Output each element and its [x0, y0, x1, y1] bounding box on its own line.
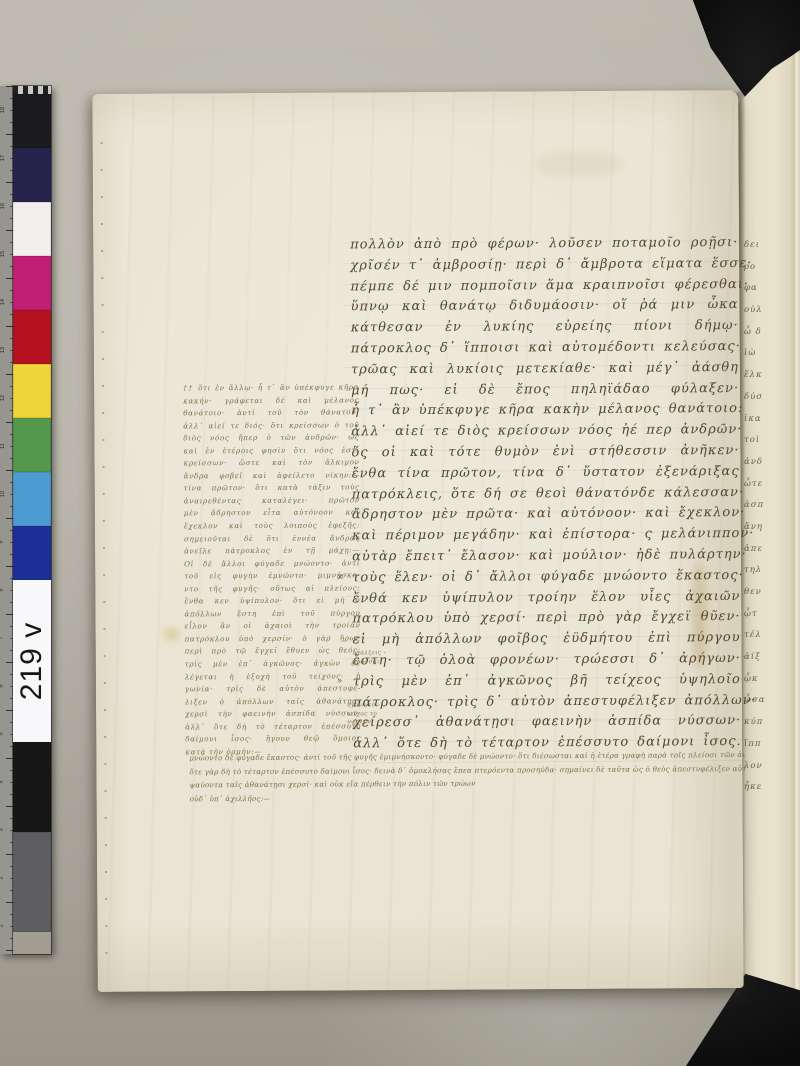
ruler-number: 6 [0, 662, 13, 710]
main-text-line-text: ὅς οἱ καὶ τότε θυμὸν ἐνὶ στήθεσσιν ἀνῆκε… [351, 443, 739, 460]
scholia-line: λέγεται ἡ ἐξοχὴ τοῦ τείχους· ἡ [185, 671, 361, 685]
scholia-line: ἀναιρεθέντας καταλέγει· πρῶτον [184, 495, 360, 509]
main-text-line-text: ἀλλ᾽ ὅτε δὴ τὸ τέταρτον ἐπέσσυτο δαίμονι… [353, 734, 741, 751]
ruler-number: 13 [0, 326, 13, 374]
marginal-note: ἤγουν τὸ ›τεῖχος τὸὑψηλόν· [347, 702, 393, 728]
main-text-line-text: χείρεσσ᾽ ἀθανάτῃσι φαεινὴν ἀσπίδα νύσσων… [353, 713, 741, 730]
parchment-stain [533, 151, 623, 178]
fore-edge-text-fragment: τέλ [744, 630, 794, 652]
ruler-number: 1 [0, 902, 13, 950]
ruler-number: 14 [0, 278, 13, 326]
ruler-number: 7 [0, 614, 13, 662]
color-patch [13, 256, 51, 310]
fore-edge-text-fragment: κύπ [744, 717, 794, 739]
main-text-block: πολλὸν ἀπὸ πρὸ φέρων· λοῦσεν ποταμοῖο ρο… [350, 235, 741, 757]
ruler-number: 5 [0, 710, 13, 758]
color-calibration-bar: 181716151413121110987654321 219 v [0, 86, 51, 954]
main-text-line-text: τρὶς μὲν ἐπ᾽ ἀγκῶνος βῆ τείχεος ὑψηλοῖο [353, 672, 741, 689]
main-text-line: εἰ μὴ ἀπόλλων φοῖβος ἐϋδμήτου ἐπὶ πύργου [353, 630, 741, 653]
marginal-note-line: ὑψηλόν· [347, 719, 393, 728]
scholia-line: †† ὅτι ἐν ἄλλῳ· ἦ τ᾽ ἂν ὑπέκφυγε κῆρα [183, 382, 359, 396]
ruler-number: 2 [0, 854, 13, 902]
grayscale-patches [13, 742, 51, 932]
scholia-line: ἀνεῖλε πάτροκλος ἐν τῇ μάχῃ:— [184, 545, 360, 559]
bottom-scholia-block: μνώοντο δὲ φύγαδε ἕκαστος· ἀντὶ τοῦ τῆς … [189, 750, 745, 807]
ruler-number: 12 [0, 374, 13, 422]
main-text-line: πατρόκλεις, ὅτε δή σε θεοὶ θάνατόνδε κάλ… [352, 485, 740, 508]
folio-number: 219 v [15, 622, 49, 700]
main-text-line: πολλὸν ἀπὸ πρὸ φέρων· λοῦσεν ποταμοῖο ρο… [350, 235, 738, 258]
scholia-line: μὲν ἄδρηστον εἶτα αὐτόνοον καὶ [184, 508, 360, 522]
marginal-note-line: τεῖχος τὸ [347, 711, 393, 720]
fore-edge-text-fragment: λον [744, 761, 794, 783]
fore-edge-text-fragment: τηλ [744, 565, 794, 587]
scholia-line: εἷλον ἂν οἱ ἀχαιοὶ τὴν τροίαν [184, 621, 360, 635]
fore-edge-text-fragment: ἕλκ [744, 370, 794, 392]
main-text-line: ἄδρηστον μὲν πρῶτα· καὶ αὐτόνοον· καὶ ἔχ… [352, 505, 740, 528]
scholia-line: τίνα πρῶτον· ὅτι κατὰ τάξιν τοὺς [184, 483, 360, 497]
fore-edge-text-fragment: ἰὼ [744, 348, 794, 370]
main-text-line-text: ὕπνῳ καὶ θανάτῳ διδυμάοσιν· οἵ ῥά μιν ὦκ… [351, 297, 739, 314]
main-text-line: πάτροκλος δ᾽ ἵπποισι καὶ αὐτομέδοντι κελ… [351, 339, 739, 362]
ruler-number: 8 [0, 566, 13, 614]
fore-edge-text-fragment: ἧκε [744, 782, 794, 804]
scholia-line: ἀπόλλων ἔστη ἐπὶ τοῦ πύργου [184, 608, 360, 622]
fore-edge-text-fragment: φα [744, 283, 794, 305]
main-text-line: ὕπνῳ καὶ θανάτῳ διδυμάοσιν· οἵ ῥά μιν ὦκ… [351, 297, 739, 320]
scholia-line: κακήν· γράφεται δὲ καὶ μέλανος [183, 395, 359, 409]
scholia-line: δαίμονι ἶσος· ἤγουν θεῷ ὅμοιος [185, 734, 361, 748]
main-text-line-text: πέμπε δέ μιν πομποῖσιν ἅμα κραιπνοῖσι φέ… [350, 277, 749, 294]
ruler-number: 15 [0, 230, 13, 278]
color-patch [13, 202, 51, 256]
scholia-line: σημειοῦται δὲ ὅτι ἐννέα ἄνδρας [184, 533, 360, 547]
fore-edge-text-fragment: ἵππ [744, 739, 794, 761]
main-text-line-text: καὶ πέριμον μεγάδην· καὶ ἐπίστορα· ς μελ… [352, 526, 754, 543]
checker-strip [13, 86, 51, 94]
color-patches [13, 94, 51, 580]
main-text-line: χείρεσσ᾽ ἀθανάτῃσι φαεινὴν ἀσπίδα νύσσων… [353, 713, 741, 736]
ruler-number: 9 [0, 518, 13, 566]
scholia-line: ντο τῆς φυγῆς· οὕτως αἱ πλείους: [184, 583, 360, 597]
main-text-line: μή πως· εἰ δὲ ἔπος πηληϊάδαο φύλαξεν· [351, 381, 739, 404]
main-text-line-text: πάτροκλος δ᾽ ἵπποισι καὶ αὐτομέδοντι κελ… [351, 339, 741, 356]
main-text-line-text: χρῖσέν τ᾽ ἀμβροσίῃ· περὶ δ᾽ ἄμβροτα εἵμα… [350, 256, 752, 273]
main-text-line: πατρόκλου ὑπὸ χερσί· περὶ πρὸ γὰρ ἔγχεϊ … [352, 609, 740, 632]
marginal-note: ἐπάλξεις ›κρόσσαι [353, 650, 399, 667]
main-text-line: ἔνθα τίνα πρῶτον, τίνα δ᾽ ὕστατον ἐξενάρ… [352, 464, 740, 487]
ruler-number: 10 [0, 470, 13, 518]
main-text-line-text: ἄδρηστον μὲν πρῶτα· καὶ αὐτόνοον· καὶ ἔχ… [352, 505, 745, 522]
scholia-line: λιξεν ὁ ἀπόλλων ταῖς ἀθανάτῃσι [185, 696, 361, 710]
color-patch-column: 219 v [13, 86, 51, 954]
color-patch [13, 310, 51, 364]
main-text-line-text: μή πως· εἰ δὲ ἔπος πηληϊάδαο φύλαξεν· [351, 381, 739, 398]
scholia-line: γωνία· τρὶς δὲ αὐτὸν ἀπεστυφέ- [185, 683, 361, 697]
grayscale-patch [13, 742, 51, 832]
scholia-line: χερσὶ τὴν φαεινὴν ἀσπίδα νύσσων· [185, 709, 361, 723]
left-scholia-block: †† ὅτι ἐν ἄλλῳ· ἦ τ᾽ ἂν ὑπέκφυγε κῆρακακ… [183, 382, 361, 759]
scholia-line: ἄνδρα φοβεῖ καὶ ἀφείλετο νίκην:— [184, 470, 360, 484]
main-text-line-text: εἰ μὴ ἀπόλλων φοῖβος ἐϋδμήτου ἐπὶ πύργου [353, 630, 741, 647]
marginal-note-line: ἤγουν τὸ › [347, 702, 393, 711]
main-text-line: »τρὶς μὲν ἐπ᾽ ἀγκῶνος βῆ τείχεος ὑψηλοῖο [353, 672, 741, 695]
main-text-line-text: ἀλλ᾽ αἰεί τε διὸς κρείσσων νόος ἠέ περ ἀ… [351, 422, 742, 439]
main-text-line: ἔστη· τῷ ὀλοὰ φρονέων· τρώεσσι δ᾽ ἀρήγων… [353, 651, 741, 674]
manuscript-photo: { "folio_label": { "text": "219 v" }, "c… [0, 0, 800, 1066]
pricking-holes [101, 142, 108, 972]
fore-edge-text-fragment: ἀίξ [744, 652, 794, 674]
marginal-note-line: κρόσσαι [353, 659, 399, 668]
ruler-number: 16 [0, 182, 13, 230]
main-text-line: καὶ πέριμον μεγάδην· καὶ ἐπίστορα· ς μελ… [352, 526, 740, 549]
main-text-line: χρῖσέν τ᾽ ἀμβροσίῃ· περὶ δ᾽ ἄμβροτα εἵμα… [350, 256, 738, 279]
ruler-number: 4 [0, 758, 13, 806]
main-text-line: ×τοὺς ἕλεν· οἱ δ᾽ ἄλλοι φύγαδε μνώοντο ἕ… [352, 568, 740, 591]
fore-edge-text-fragment: ἱκα [744, 414, 794, 436]
main-text-line: κάτθεσαν ἐν λυκίης εὐρείης πίονι δήμῳ· [351, 318, 739, 341]
main-text-line: αὐτὰρ ἔπειτ᾽ ἔλασον· καὶ μούλιον· ἠδὲ πυ… [352, 547, 740, 570]
manuscript-page: πολλὸν ἀπὸ πρὸ φέρων· λοῦσεν ποταμοῖο ρο… [92, 90, 743, 992]
scholia-line: Οἱ δὲ ἄλλοι φύγαδε μνώοντο· ἀντὶ [184, 558, 360, 572]
scholia-line: περὶ πρὸ τῷ ἔγχεϊ ἔθυεν ὡς θεός: [185, 646, 361, 660]
scholia-line: πατρόκλου ὑπὸ χερσίν· ὁ γὰρ ἥρως [185, 633, 361, 647]
color-patch [13, 418, 51, 472]
main-text-line: τρῶας καὶ λυκίοις μετεκίαθε· καὶ μέγ᾽ ἀά… [351, 360, 739, 383]
parchment-stain [164, 628, 180, 640]
main-text-line-text: ἔνθα τίνα πρῶτον, τίνα δ᾽ ὕστατον ἐξενάρ… [352, 464, 740, 481]
fore-edge-text-fragment: ὦ δ [744, 327, 794, 349]
fore-edge-text-fragment: τοὶ [744, 435, 794, 457]
fore-edge-text-fragment: ἀπε [744, 544, 794, 566]
main-text-line: ἀλλ᾽ αἰεί τε διὸς κρείσσων νόος ἠέ περ ἀ… [351, 422, 739, 445]
main-text-line-text: πάτροκλος· τρὶς δ᾽ αὐτὸν ἀπεστυφέλιξεν ἀ… [353, 692, 757, 709]
main-text-line: ὅς οἱ καὶ τότε θυμὸν ἐνὶ στήθεσσιν ἀνῆκε… [351, 443, 739, 466]
color-patch [13, 526, 51, 580]
color-patch [13, 148, 51, 202]
scholia-line: διὸς νόος ἤπερ ὁ τῶν ἀνδρῶν· ὡς [183, 433, 359, 447]
scholia-line: κρείσσων· ὥστε καὶ τὸν ἄλκιμον [183, 458, 359, 472]
ruler-number: 18 [0, 86, 13, 134]
main-text-line: πέμπε δέ μιν πομποῖσιν ἅμα κραιπνοῖσι φέ… [350, 277, 738, 300]
fore-edge-text-fragment: δύσ [744, 392, 794, 414]
main-text-line-text: τοὺς ἕλεν· οἱ δ᾽ ἄλλοι φύγαδε μνώοντο ἕκ… [352, 568, 744, 585]
main-text-line-text: πατρόκλεις, ὅτε δή σε θεοὶ θάνατόνδε κάλ… [352, 485, 744, 502]
scholia-line: ἀλλ᾽ ὅτε δὴ τὸ τέταρτον ἐπέσσυτο [185, 721, 361, 735]
scholia-line: ἀλλ᾽ αἰεί τε διός· ὅτι κρείσσων ὁ τοῦ [183, 420, 359, 434]
main-text-line-text: ἦ τ᾽ ἂν ὑπέκφυγε κῆρα κακὴν μέλανος θανά… [351, 401, 743, 418]
scholia-line: οὐδ᾽ ὑπ᾽ ἀχιλλῆος:— [190, 791, 746, 808]
grayscale-patch [13, 832, 51, 932]
scholia-line: ἔνθα κεν ὑψίπυλον· ὅτι εἰ μὴ ὁ [184, 596, 360, 610]
scholia-line: τοῦ εἰς φυγὴν ἐμνῶντο· μιμνήσκο- [184, 571, 360, 585]
book-fore-edge-pages: δειροφαοὐλὦ δἰὼἕλκδύσἱκατοὶἀνδὦτεἀσπἄνηἀ… [737, 50, 800, 994]
ruler-number: 11 [0, 422, 13, 470]
main-text-line-text: πατρόκλου ὑπὸ χερσί· περὶ πρὸ γὰρ ἔγχεϊ … [352, 609, 740, 626]
scholia-line: θανάτοιο· ἀντὶ τοῦ τὸν θάνατον: [183, 407, 359, 421]
fore-edge-text-fragment: ὦτε [744, 479, 794, 501]
color-patch [13, 94, 51, 148]
main-text-line: ἦ τ᾽ ἂν ὑπέκφυγε κῆρα κακὴν μέλανος θανά… [351, 401, 739, 424]
main-text-line: ἔνθά κεν ὑψίπυλον τροίην ἕλον υἷες ἀχαιῶ… [352, 589, 740, 612]
main-text-line-text: τρῶας καὶ λυκίοις μετεκίαθε· καὶ μέγ᾽ ἀά… [351, 360, 739, 377]
main-text-line-text: ἔστη· τῷ ὀλοὰ φρονέων· τρώεσσι δ᾽ ἀρήγων… [353, 651, 741, 668]
fore-edge-text-fragment: θεν [744, 587, 794, 609]
folio-label: 219 v [13, 580, 51, 742]
marginal-note-line: ἐπάλξεις › [353, 650, 399, 659]
color-patch [13, 364, 51, 418]
scholia-line: καὶ ἐν ἑτέροις φησὶν ὅτι νόος ἐστὶ [183, 445, 359, 459]
ruler-scale: 181716151413121110987654321 [0, 86, 13, 954]
fore-edge-text-fragment: ἀνδ [744, 457, 794, 479]
ruler-number: 17 [0, 134, 13, 182]
main-text-line-text: αὐτὰρ ἔπειτ᾽ ἔλασον· καὶ μούλιον· ἠδὲ πυ… [352, 547, 747, 564]
main-text-line-text: κάτθεσαν ἐν λυκίης εὐρείης πίονι δήμῳ· [351, 318, 739, 335]
fore-edge-text-fragment: οὐλ [744, 305, 794, 327]
color-patch [13, 472, 51, 526]
main-text-line: πάτροκλος· τρὶς δ᾽ αὐτὸν ἀπεστυφέλιξεν ἀ… [353, 693, 741, 716]
scholia-line: τρὶς μὲν ἐπ᾽ ἀγκῶνος· ἀγκὼν δὲ [185, 658, 361, 672]
ruler-number: 3 [0, 806, 13, 854]
facing-page-text-fragments: δειροφαοὐλὦ δἰὼἕλκδύσἱκατοὶἀνδὦτεἀσπἄνηἀ… [744, 240, 794, 805]
scholia-line: ἔχεκλον καὶ τοὺς λοιποὺς ἐφεξῆς: [184, 520, 360, 534]
fore-edge-text-fragment: ἀσπ [744, 500, 794, 522]
main-text-line-text: ἔνθά κεν ὑψίπυλον τροίην ἕλον υἷες ἀχαιῶ… [352, 589, 740, 606]
fore-edge-text-fragment: ᾧτ [744, 609, 794, 631]
main-text-line-text: πολλὸν ἀπὸ πρὸ φέρων· λοῦσεν ποταμοῖο ρο… [350, 235, 738, 252]
